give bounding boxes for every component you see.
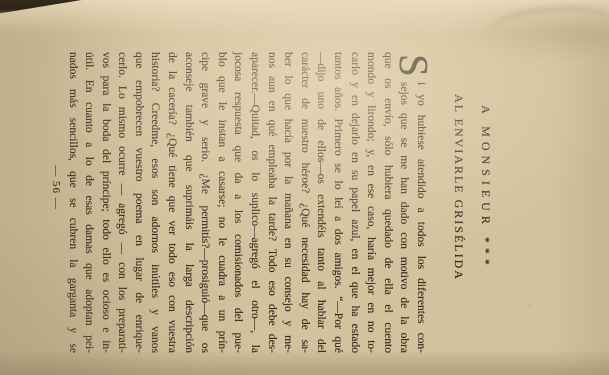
text-line: de la cacería? ¿Qué tiene que ver todo e… bbox=[164, 52, 181, 353]
drop-cap: S bbox=[398, 54, 429, 77]
text-line: mondo y lirondo; y, en ese caso, haría m… bbox=[363, 52, 380, 353]
text-line: aconseje también que suprimáis la larga … bbox=[180, 52, 197, 353]
scanned-book-photo: A MONSIEUR *** AL ENVIARLE GRISÉLIDA S i… bbox=[0, 0, 609, 375]
text-line: i yo hubiese atendido a todos los difere… bbox=[412, 52, 429, 353]
text-line: cipe grave y serio. ¿Me permitís?—prosig… bbox=[197, 52, 214, 353]
text-line: carlo y en dejarlo en su papel azul, en … bbox=[346, 52, 363, 353]
text-line: blo que le instan a casarse; no le cuadr… bbox=[213, 52, 230, 353]
text-line: tantos años. Primero se lo leí a dos ami… bbox=[329, 52, 346, 353]
book-page-rotated: A MONSIEUR *** AL ENVIARLE GRISÉLIDA S i… bbox=[0, 0, 609, 375]
text-line: jocosa respuesta que da a los comisionad… bbox=[230, 52, 247, 353]
text-line: vos para la boda del príncipe; todo ello… bbox=[97, 52, 114, 353]
body-text-block: S i yo hubiese atendido a todos los dife… bbox=[64, 52, 429, 353]
page-number: — 56 — bbox=[49, 0, 63, 375]
text-line: nados más sencillos, que se cubren la ga… bbox=[64, 52, 81, 353]
text-line: sejos que se me han dado con motivo de l… bbox=[396, 52, 413, 353]
text-line: nos aun en qué empleaba la tarde? Todo e… bbox=[263, 52, 280, 353]
text-line: aparecer.—Quitad, os lo suplico—agregó e… bbox=[246, 52, 263, 353]
text-line: que empobrecen vuestro poema en lugar de… bbox=[130, 52, 147, 353]
text-line: —dijo uno de ellos—os extendéis tanto al… bbox=[313, 52, 330, 353]
text-line: útil. En cuanto a lo de esas damas que a… bbox=[81, 52, 98, 353]
text-line: que os envío, sólo hubiera quedado de el… bbox=[379, 52, 396, 353]
dedication-heading: A MONSIEUR *** bbox=[479, 0, 493, 375]
text-line: ber lo que hacía por la mañana en su con… bbox=[280, 52, 297, 353]
subtitle-heading: AL ENVIARLE GRISÉLIDA bbox=[452, 0, 466, 375]
text-line: carácter de nuestro héroe? ¿Qué necesida… bbox=[296, 52, 313, 353]
text-line: cerlo. Lo mismo ocurre — agregó — con lo… bbox=[114, 52, 131, 353]
text-line: historia? Creedme, esos son adornos inút… bbox=[147, 52, 164, 353]
